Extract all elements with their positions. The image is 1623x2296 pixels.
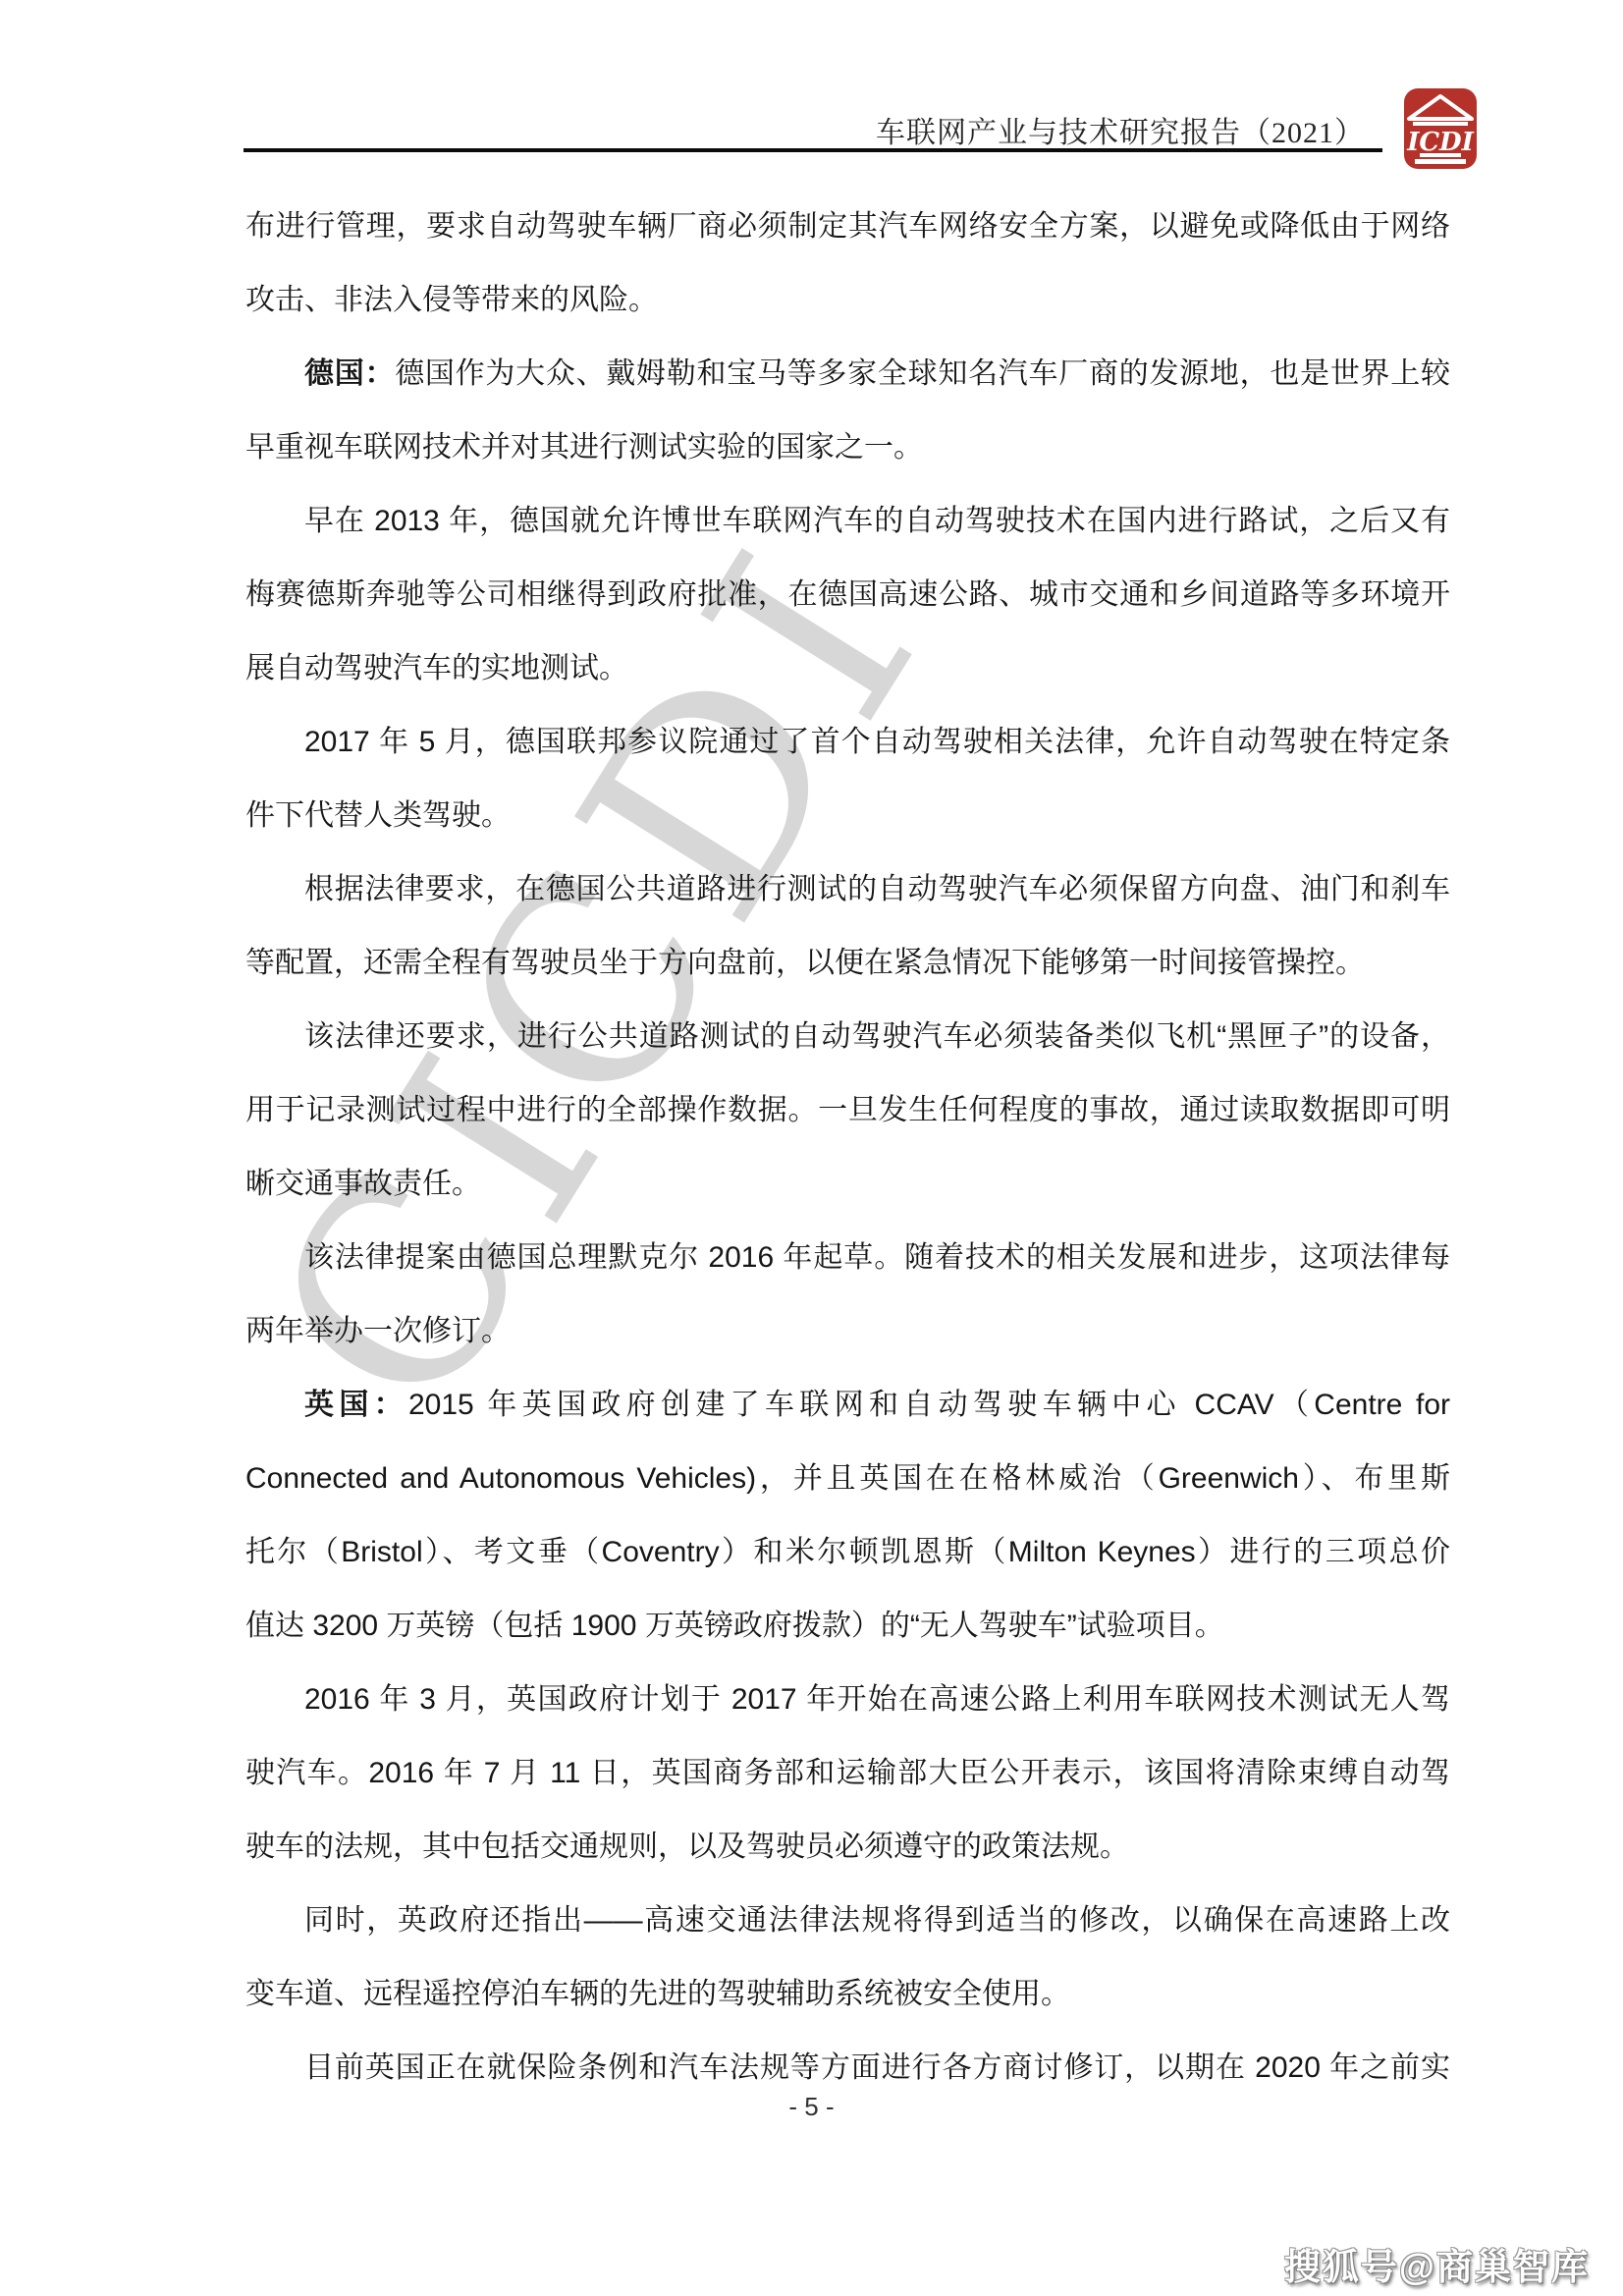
- body-line: 晰交通事故责任。: [245, 1147, 1450, 1221]
- body-line: 英国：2015 年英国政府创建了车联网和自动驾驶车辆中心 CCAV（Centre…: [245, 1368, 1450, 1442]
- sohu-credit-watermark: 搜狐号@商巢智库: [1284, 2237, 1590, 2290]
- body-line: 2017 年 5 月，德国联邦参议院通过了首个自动驾驶相关法律，允许自动驾驶在特…: [245, 705, 1450, 779]
- body-line: 梅赛德斯奔驰等公司相继得到政府批准，在德国高速公路、城市交通和乡间道路等多环境开: [245, 558, 1450, 631]
- body-line: 该法律提案由德国总理默克尔 2016 年起草。随着技术的相关发展和进步，这项法律…: [245, 1221, 1450, 1294]
- body-line: 变车道、远程遥控停泊车辆的先进的驾驶辅助系统被安全使用。: [245, 1957, 1450, 2031]
- body-line: 展自动驾驶汽车的实地测试。: [245, 631, 1450, 705]
- body-line: 德国：德国作为大众、戴姆勒和宝马等多家全球知名汽车厂商的发源地，也是世界上较: [245, 337, 1450, 410]
- body-line: 驶车的法规，其中包括交通规则，以及驾驶员必须遵守的政策法规。: [245, 1810, 1450, 1884]
- report-page: CICDI 车联网产业与技术研究报告（2021） ICDI 布进行管理，要求自动…: [0, 0, 1623, 2296]
- body-line: 等配置，还需全程有驾驶员坐于方向盘前，以便在紧急情况下能够第一时间接管操控。: [245, 926, 1450, 1000]
- body-line: 同时，英政府还指出——高速交通法律法规将得到适当的修改，以确保在高速路上改: [245, 1884, 1450, 1957]
- body-line: 驶汽车。2016 年 7 月 11 日，英国商务部和运输部大臣公开表示，该国将清…: [245, 1736, 1450, 1810]
- body-line: 2016 年 3 月，英国政府计划于 2017 年开始在高速公路上利用车联网技术…: [245, 1663, 1450, 1736]
- body-line: 件下代替人类驾驶。: [245, 779, 1450, 852]
- logo-step-1: [1420, 153, 1461, 157]
- body-line: 两年举办一次修订。: [245, 1294, 1450, 1368]
- body-line: 用于记录测试过程中进行的全部操作数据。一旦发生任何程度的事故，通过读取数据即可明: [245, 1073, 1450, 1147]
- body-text: 布进行管理，要求自动驾驶车辆厂商必须制定其汽车网络安全方案，以避免或降低由于网络…: [245, 190, 1450, 2105]
- page-number: - 5 -: [0, 2087, 1623, 2126]
- body-line: 值达 3200 万英镑（包括 1900 万英镑政府拨款）的“无人驾驶车”试验项目…: [245, 1589, 1450, 1663]
- body-line: 托尔（Bristol）、考文垂（Coventry）和米尔顿凯恩斯（Milton …: [245, 1515, 1450, 1589]
- logo-beam: [1413, 122, 1468, 126]
- body-line: Connected and Autonomous Vehicles)，并且英国在…: [245, 1442, 1450, 1515]
- header-divider: [243, 148, 1382, 152]
- cicdi-logo-icon: ICDI: [1404, 88, 1477, 169]
- logo-step-2: [1415, 159, 1466, 164]
- body-line: 布进行管理，要求自动驾驶车辆厂商必须制定其汽车网络安全方案，以避免或降低由于网络: [245, 190, 1450, 263]
- body-line: 早在 2013 年，德国就允许博世车联网汽车的自动驾驶技术在国内进行路试，之后又…: [245, 484, 1450, 558]
- body-line: 该法律还要求，进行公共道路测试的自动驾驶汽车必须装备类似飞机“黑匣子”的设备，: [245, 1000, 1450, 1073]
- body-line: 根据法律要求，在德国公共道路进行测试的自动驾驶汽车必须保留方向盘、油门和刹车: [245, 852, 1450, 926]
- body-line: 早重视车联网技术并对其进行测试实验的国家之一。: [245, 410, 1450, 484]
- page-header-title: 车联网产业与技术研究报告（2021）: [876, 108, 1365, 151]
- body-line: 攻击、非法入侵等带来的风险。: [245, 263, 1450, 337]
- logo-letters: ICDI: [1406, 128, 1474, 157]
